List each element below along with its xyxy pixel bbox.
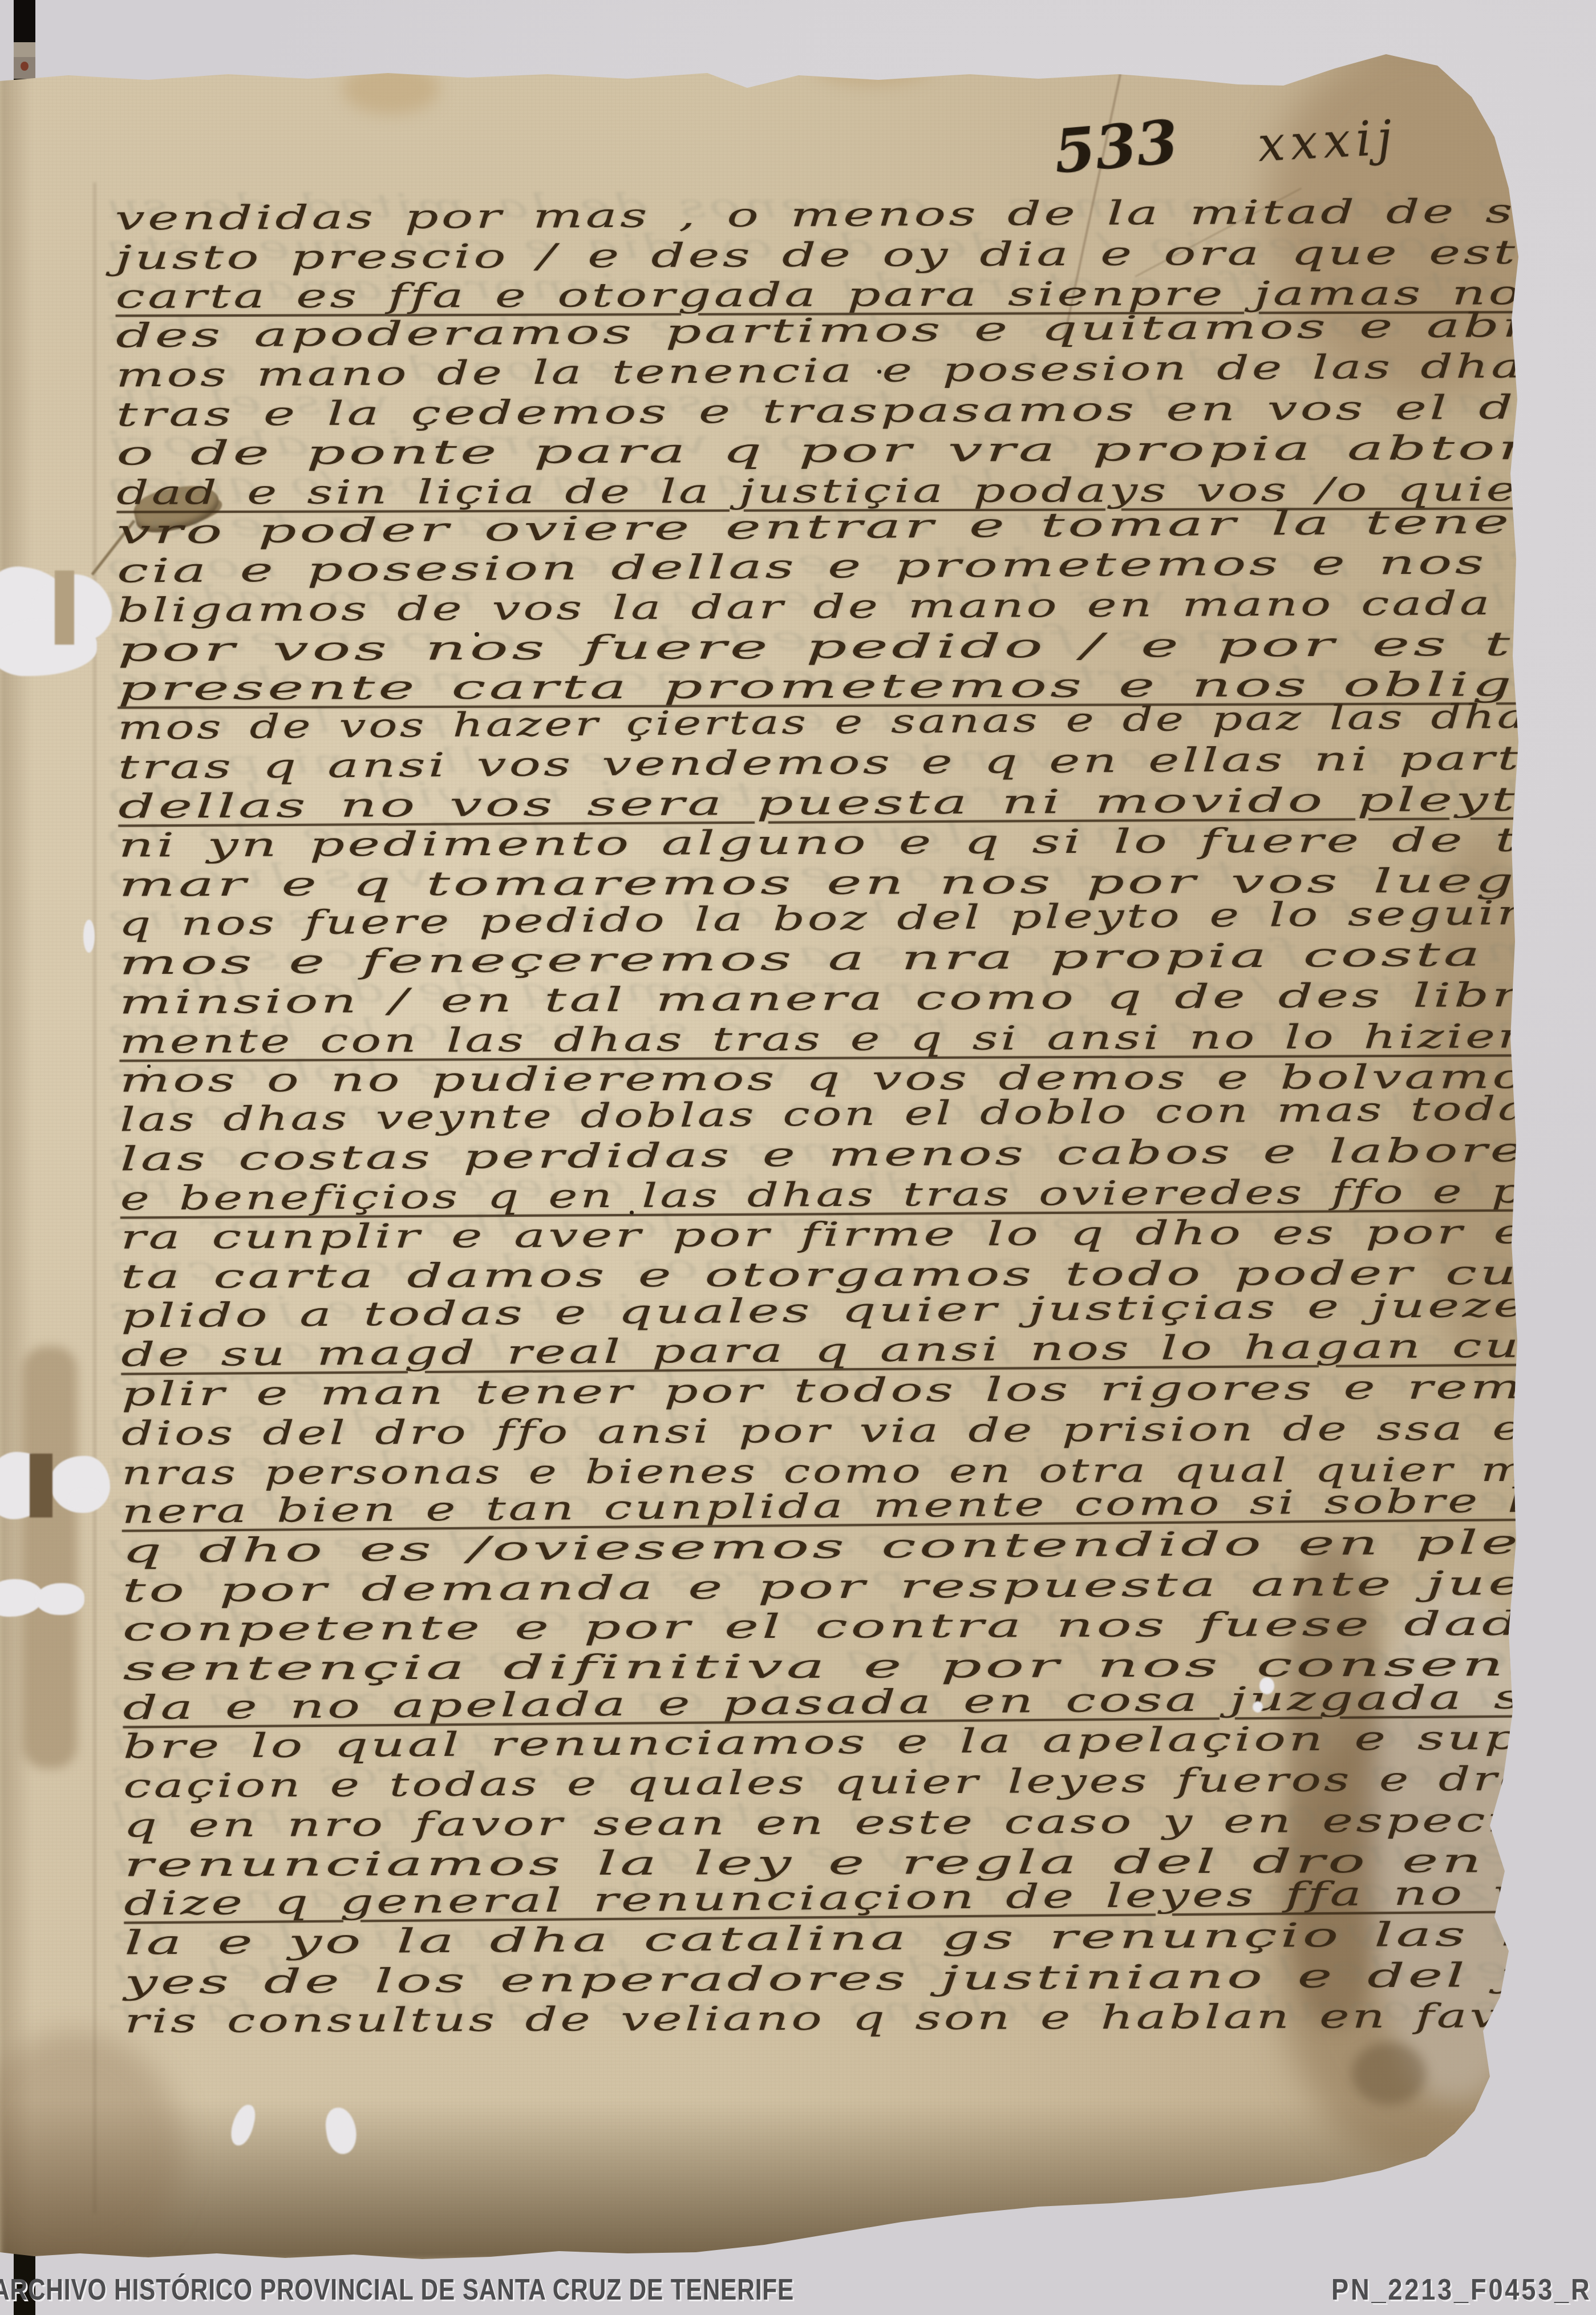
damage-hole bbox=[35, 1583, 84, 1615]
manuscript-line: por vos nos fuere pedido / e por es ta bbox=[118, 624, 1556, 669]
damage-hole bbox=[67, 1488, 103, 1511]
manuscript-line: dios del dro ffo ansi por via de prision… bbox=[121, 1409, 1559, 1453]
foxing-spot bbox=[810, 40, 935, 86]
ink-speck bbox=[475, 632, 479, 637]
manuscript-line: bligamos de vos la dar de mano en mano c… bbox=[117, 583, 1555, 630]
manuscript-line: dellas no vos sera puesta ni movido pley… bbox=[118, 779, 1556, 826]
damage-nick bbox=[83, 920, 95, 953]
manuscript-line: justo prescio / e des de oy dia e ora qu… bbox=[115, 232, 1553, 277]
foxing-spot bbox=[342, 63, 439, 114]
ink-speck bbox=[630, 1211, 634, 1215]
reference-code: PN_2213_F0453_R bbox=[1331, 2273, 1591, 2306]
ink-blot-stain bbox=[1352, 2042, 1426, 2105]
manuscript-line: yes de los enperadores justiniano e del … bbox=[124, 1955, 1562, 2002]
manuscript-line: mos e feneçeremos a nra propia costa e bbox=[119, 934, 1556, 983]
manuscript-line: vendidas por mas , o menos de la mitad d… bbox=[115, 191, 1553, 238]
binding-rust-spot bbox=[21, 62, 29, 71]
manuscript-scan-background: vendidas por mas , o menos de la mitad d… bbox=[0, 0, 1596, 2315]
sewing-channel bbox=[23, 1346, 77, 1768]
manuscript-line: conpetente e por el contra nos fuese dad… bbox=[123, 1604, 1560, 1649]
manuscript-line: de su magd real para q ansi nos lo hagan… bbox=[121, 1326, 1558, 1375]
ink-speck bbox=[147, 1065, 151, 1068]
torn-edge-shading-right bbox=[1533, 0, 1596, 2315]
manuscript-line: caçion e todas e quales quier leyes fuer… bbox=[123, 1759, 1561, 1806]
manuscript-line: bre lo qual renunciamos e la apelaçion e… bbox=[123, 1718, 1561, 1767]
manuscript-line: mente con las dhas tras e q si ansi no l… bbox=[119, 1017, 1557, 1061]
archive-watermark: ARCHIVO HISTÓRICO PROVINCIAL DE SANTA CR… bbox=[0, 2273, 794, 2306]
torn-edge-shading-left bbox=[0, 0, 31, 2315]
manuscript-line: e benefiçios q en las dhas tras ovierede… bbox=[120, 1171, 1558, 1218]
manuscript-line: to por demanda e por respuesta ante juez bbox=[122, 1563, 1560, 1610]
manuscript-line: minsion / en tal manera como q de des li… bbox=[119, 975, 1557, 1022]
manuscript-line: plir e man tener por todos los rigores e… bbox=[121, 1367, 1558, 1414]
folio-number: 533 bbox=[1051, 107, 1181, 187]
damage-hole-flap bbox=[55, 570, 74, 645]
manuscript-line: q dho es /oviesemos contendido en pley bbox=[122, 1522, 1559, 1571]
manuscript-line: ni yn pedimento alguno e q si lo fuere d… bbox=[118, 820, 1556, 865]
damage-hole-flap bbox=[30, 1454, 52, 1517]
ink-speck bbox=[877, 370, 881, 374]
manuscript-text-block: vendidas por mas , o menos de la mitad d… bbox=[115, 191, 1562, 2041]
manuscript-line: q en nro favor sean en este caso y en es… bbox=[123, 1800, 1561, 1845]
damage-nick bbox=[1253, 1701, 1263, 1713]
manuscript-line: o de ponte para q por vra propia abtori bbox=[116, 428, 1554, 473]
manuscript-line: ra cunplir e aver por firme lo q dho es … bbox=[120, 1212, 1558, 1257]
manuscript-line: cia e posesion dellas e prometemos e nos… bbox=[117, 543, 1554, 591]
fold-crease-vertical bbox=[94, 183, 96, 2213]
damage-nick bbox=[1259, 1677, 1274, 1694]
manuscript-line: tras e la çedemos e traspasamos en vos e… bbox=[116, 387, 1553, 434]
folio-roman-numeral: xxxij bbox=[1257, 110, 1399, 173]
manuscript-line: ris consultus de veliano q son e hablan … bbox=[124, 1996, 1562, 2041]
parchment-page: vendidas por mas , o menos de la mitad d… bbox=[0, 0, 1596, 2315]
